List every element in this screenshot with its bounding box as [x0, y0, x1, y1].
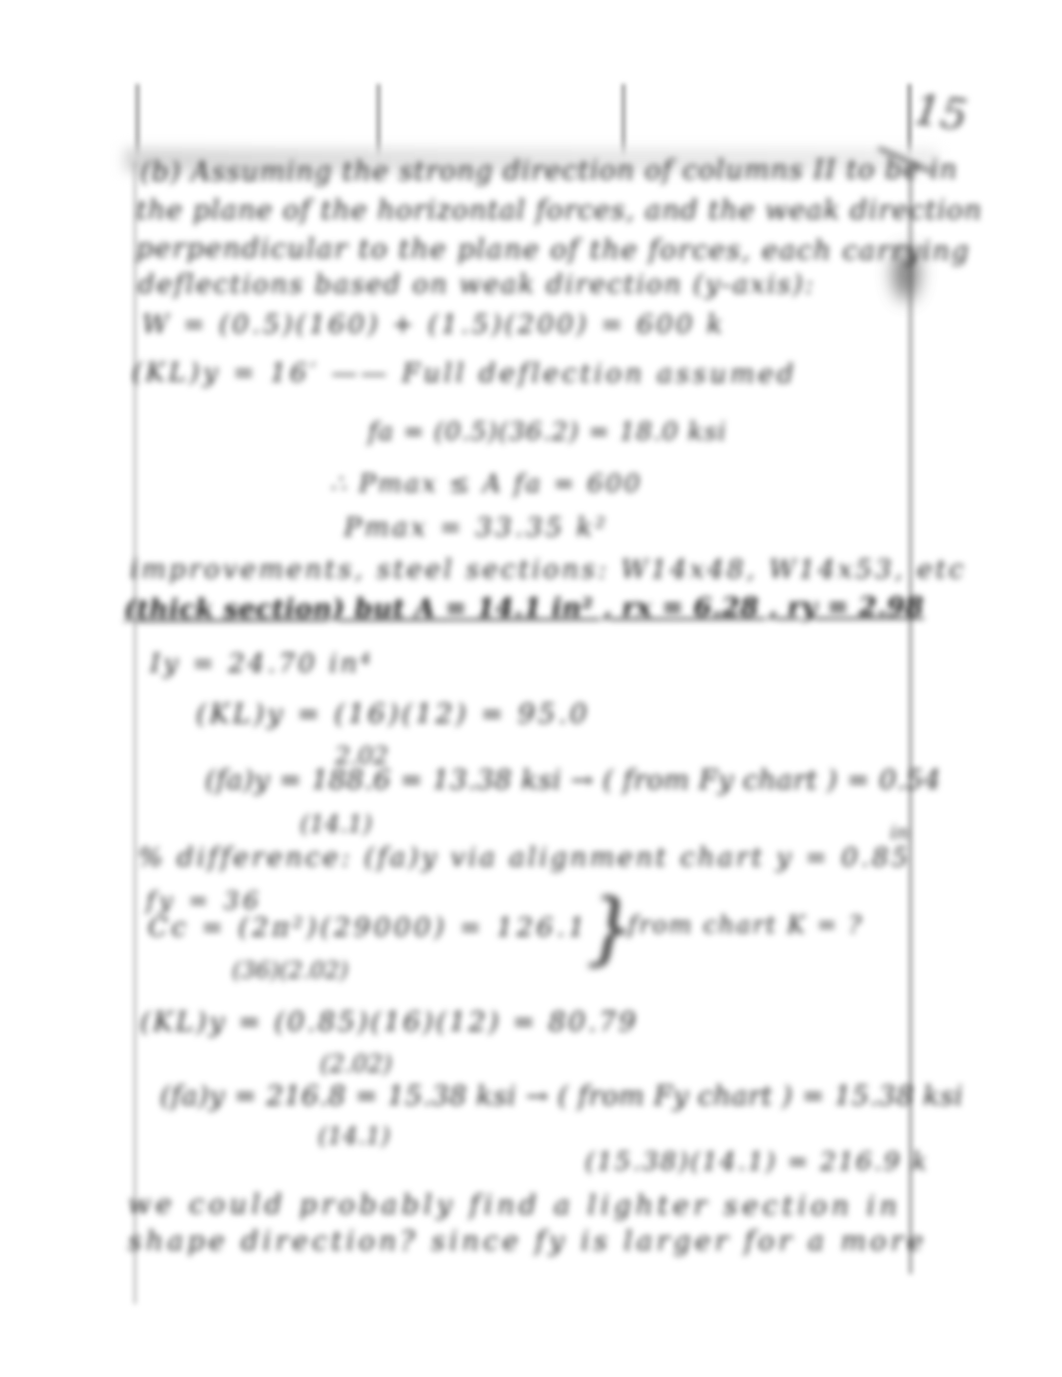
handwriting-line: improvements, steel sections: W14x48, W1…: [130, 556, 966, 585]
handwriting-line: (KL)y = 16′ —— Full deflection assumed: [132, 359, 797, 389]
handwriting-line: (15.38)(14.1) = 216.9 k: [585, 1148, 929, 1176]
closing-brace: }: [586, 884, 636, 974]
scanned-notes-page: 15 (b) Assuming the strong direction of …: [0, 0, 1062, 1377]
handwriting-line: (fa)y = 216.8 = 15.38 ksi → ( from Fy ch…: [160, 1082, 963, 1112]
handwriting-line: the plane of the horizontal forces, and …: [136, 196, 982, 226]
handwriting-line: we could probably find a lighter section…: [128, 1190, 902, 1222]
handwriting-line: (fa)y = 188.6 = 13.38 ksi → ( from Fy ch…: [205, 766, 941, 796]
fraction-denominator: (2.02): [320, 1050, 392, 1078]
handwriting-line: W = (0.5)(160) + (1.5)(200) = 600 k: [142, 311, 725, 340]
handwriting-line: % difference: (fa)y via alignment chart …: [138, 844, 911, 873]
page-number: 15: [911, 85, 970, 140]
handwriting-line: deflections based on weak direction (y-a…: [138, 271, 815, 300]
handwriting-line: shape direction? since fy is larger for …: [128, 1227, 927, 1257]
left-margin-line: [134, 162, 136, 1304]
handwriting-line: fa = (0.5)(36.2) = 18.0 ksi: [368, 418, 727, 446]
fraction-denominator: (36)(2.02): [232, 958, 348, 984]
handwriting-line: (KL)y = (0.85)(16)(12) = 80.79: [140, 1008, 638, 1038]
handwriting-line: fy = 36: [146, 888, 262, 914]
fraction-denominator: 2.02: [335, 742, 388, 770]
fraction-denominator: (14.1): [300, 810, 372, 838]
handwriting-line: from chart K = ?: [628, 912, 863, 938]
handwriting-line: Iy = 24.70 in⁴: [150, 650, 373, 679]
handwriting-line: (KL)y = (16)(12) = 95.0: [196, 700, 590, 730]
fraction-denominator: (14.1): [318, 1122, 390, 1150]
handwriting-line: (b) Assuming the strong direction of col…: [140, 155, 958, 188]
handwriting-line: ∴ Pmax ≤ A fa = 600: [330, 470, 642, 498]
handwriting-line: perpendicular to the plane of the forces…: [136, 234, 970, 267]
handwriting-line: (thick section) but A = 14.1 in² , rx = …: [124, 593, 924, 624]
handwriting-line: Cc = (2π²)(29000) = 126.1: [148, 914, 588, 943]
handwriting-line: Pmax = 33.35 k²: [344, 514, 609, 543]
unit-subscript: in: [890, 820, 909, 844]
